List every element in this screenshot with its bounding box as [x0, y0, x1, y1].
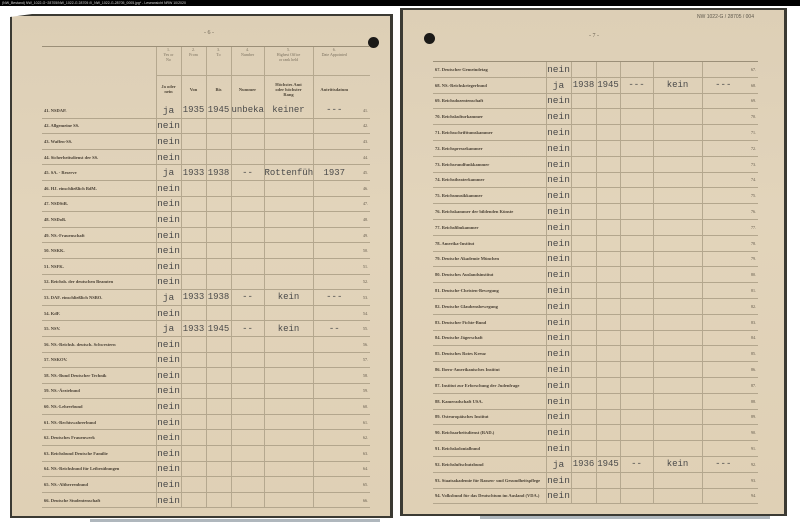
field-yn: nein — [156, 446, 181, 462]
field-from: 1933 — [181, 290, 206, 306]
field-office: kein — [653, 77, 702, 93]
organization-label: 58. NS.-Bund Deutscher Technik — [42, 368, 156, 384]
field-number — [620, 472, 653, 488]
organization-label: 48. NSDoB. — [42, 212, 156, 228]
row-number: 76. — [744, 204, 758, 220]
field-to — [596, 172, 620, 188]
field-office — [653, 188, 702, 204]
field-yn: nein — [546, 188, 571, 204]
field-from — [181, 368, 206, 384]
field-date — [702, 393, 744, 409]
table-row: 60. NS.-Lehrerbundnein60. — [42, 399, 370, 415]
organization-label: 78. Amerika-Institut — [433, 235, 546, 251]
field-number — [231, 352, 264, 368]
field-yn: nein — [156, 383, 181, 399]
field-to — [206, 118, 231, 134]
field-office — [653, 488, 702, 504]
field-date — [313, 258, 355, 274]
field-from — [181, 134, 206, 150]
row-number: 46. — [355, 180, 370, 196]
field-office — [264, 414, 313, 430]
table-row: 74. Reichstheaterkammernein74. — [433, 172, 758, 188]
field-yn: nein — [546, 409, 571, 425]
table-row: 50. NSKK.nein50. — [42, 243, 370, 259]
field-date: --- — [313, 103, 355, 118]
organization-label: 70. Reichskulturkammer — [433, 109, 546, 125]
table-row: 61. NS.-Rechtswahrerbundnein61. — [42, 414, 370, 430]
organization-label: 74. Reichstheaterkammer — [433, 172, 546, 188]
table-row: 71. Reichsschrifttumskammernein71. — [433, 125, 758, 141]
field-yn: nein — [546, 283, 571, 299]
field-date — [313, 227, 355, 243]
row-number: 57. — [355, 352, 370, 368]
field-from: 1935 — [181, 103, 206, 118]
field-to — [206, 243, 231, 259]
field-date — [702, 188, 744, 204]
field-yn: nein — [546, 109, 571, 125]
field-yn: nein — [156, 305, 181, 321]
field-to — [596, 267, 620, 283]
field-date — [702, 409, 744, 425]
membership-table-left: 1. Yes or No 2. From 3. To 4. Number 5. … — [42, 46, 370, 508]
field-office — [653, 298, 702, 314]
field-number — [620, 156, 653, 172]
page-number: - 6 - — [204, 30, 214, 36]
organization-label: 64. NS.-Reichsbund für Leibesübungen — [42, 461, 156, 477]
field-from — [571, 235, 596, 251]
table-row: 82. Deutsche Glaubensbewegungnein82. — [433, 298, 758, 314]
field-yn: nein — [546, 298, 571, 314]
field-office — [264, 118, 313, 134]
table-row: 41. NSDAP.ja19351945unbekanntkeiner---41… — [42, 103, 370, 118]
field-office — [653, 330, 702, 346]
column-header-de: Nummer — [231, 75, 264, 103]
column-header-de: Bis — [206, 75, 231, 103]
organization-label: 72. Reichspressekammer — [433, 140, 546, 156]
field-yn: nein — [546, 441, 571, 457]
organization-label: 43. Waffen-SS. — [42, 134, 156, 150]
field-to — [206, 352, 231, 368]
field-to — [206, 368, 231, 384]
field-number — [231, 368, 264, 384]
field-yn: nein — [546, 393, 571, 409]
organization-label: 51. NSFK. — [42, 258, 156, 274]
organization-label: 41. NSDAP. — [42, 103, 156, 118]
field-from — [571, 156, 596, 172]
organization-label: 65. NS.-Altherrenbund — [42, 477, 156, 493]
field-to: 1945 — [206, 321, 231, 337]
table-row: 44. Sicherheitsdienst der SS.nein44. — [42, 149, 370, 165]
field-date — [702, 330, 744, 346]
field-date — [313, 399, 355, 415]
organization-label: 45. SA. - Reserve — [42, 165, 156, 181]
field-from — [181, 461, 206, 477]
organization-label: 92. Reichsluftschutzbund — [433, 456, 546, 472]
field-date: --- — [313, 290, 355, 306]
field-to — [206, 212, 231, 228]
field-date — [313, 446, 355, 462]
field-yn: nein — [156, 336, 181, 352]
field-office — [264, 368, 313, 384]
column-header-en: 5. Highest Office or rank held — [264, 47, 313, 75]
field-date — [702, 251, 744, 267]
field-number — [620, 441, 653, 457]
field-date — [702, 62, 744, 77]
field-office — [653, 125, 702, 141]
row-number: 51. — [355, 258, 370, 274]
table-row: 48. NSDoB.nein48. — [42, 212, 370, 228]
field-yn: nein — [546, 472, 571, 488]
field-office — [653, 409, 702, 425]
field-number — [231, 492, 264, 508]
field-to — [596, 125, 620, 141]
table-row: 88. Kameradschaft USA.nein88. — [433, 393, 758, 409]
field-from — [181, 399, 206, 415]
field-to — [596, 298, 620, 314]
scan-edge-shadow — [480, 516, 770, 519]
row-number: 48. — [355, 212, 370, 228]
field-from — [571, 219, 596, 235]
row-number: 94. — [744, 488, 758, 504]
field-number — [620, 377, 653, 393]
field-from — [181, 243, 206, 259]
table-row: 80. Deutsches Auslandsinstitutnein80. — [433, 267, 758, 283]
field-from — [571, 283, 596, 299]
field-number — [620, 93, 653, 109]
field-to — [596, 62, 620, 77]
field-yn: nein — [546, 362, 571, 378]
table-row: 49. NS.-Frauenschaftnein49. — [42, 227, 370, 243]
column-header-en: 2. From — [181, 47, 206, 75]
field-office — [653, 267, 702, 283]
field-office — [653, 472, 702, 488]
field-yn: nein — [156, 352, 181, 368]
field-to — [596, 393, 620, 409]
field-number — [620, 488, 653, 504]
field-to — [206, 461, 231, 477]
field-date — [702, 172, 744, 188]
row-number: 55. — [355, 321, 370, 337]
field-yn: nein — [546, 377, 571, 393]
field-office — [264, 134, 313, 150]
field-date — [313, 383, 355, 399]
field-date — [313, 477, 355, 493]
organization-label: 42. Allgemeine SS. — [42, 118, 156, 134]
row-number: 49. — [355, 227, 370, 243]
field-number — [620, 172, 653, 188]
field-yn: ja — [156, 165, 181, 181]
field-to — [596, 188, 620, 204]
field-number: -- — [231, 321, 264, 337]
field-date — [313, 368, 355, 384]
row-number: 44. — [355, 149, 370, 165]
field-office — [264, 477, 313, 493]
organization-label: 62. Deutsches Frauenwerk — [42, 430, 156, 446]
table-row: 90. Reichsarbeitsdienst (RAD.)nein90. — [433, 425, 758, 441]
field-date — [702, 267, 744, 283]
field-date: -- — [313, 321, 355, 337]
field-office — [653, 362, 702, 378]
field-to — [596, 472, 620, 488]
organization-label: 69. Reichsdozentenschaft — [433, 93, 546, 109]
table-row: 51. NSFK.nein51. — [42, 258, 370, 274]
field-from — [571, 172, 596, 188]
field-number — [231, 180, 264, 196]
field-from — [571, 409, 596, 425]
field-from — [571, 314, 596, 330]
row-number: 88. — [744, 393, 758, 409]
field-from — [181, 258, 206, 274]
field-from — [571, 140, 596, 156]
organization-label: 76. Reichskammer der bildenden Künste — [433, 204, 546, 220]
field-from — [571, 425, 596, 441]
table-row: 81. Deutsche-Christen-Bewegungnein81. — [433, 283, 758, 299]
field-from — [571, 330, 596, 346]
field-date — [313, 305, 355, 321]
field-from — [571, 204, 596, 220]
field-office — [264, 399, 313, 415]
field-office — [653, 219, 702, 235]
field-from: 1933 — [181, 165, 206, 181]
field-from — [571, 125, 596, 141]
field-from — [571, 362, 596, 378]
row-number: 61. — [355, 414, 370, 430]
field-to — [206, 180, 231, 196]
table-row: 73. Reichsrundfunkkammernein73. — [433, 156, 758, 172]
row-number: 50. — [355, 243, 370, 259]
field-yn: nein — [546, 140, 571, 156]
row-number: 62. — [355, 430, 370, 446]
organization-label: 68. NS.-Reichskriegerbund — [433, 77, 546, 93]
field-number — [620, 314, 653, 330]
field-office — [264, 461, 313, 477]
field-yn: nein — [156, 399, 181, 415]
field-office — [264, 430, 313, 446]
field-to — [596, 283, 620, 299]
field-number — [620, 283, 653, 299]
field-number — [620, 219, 653, 235]
table-row: 59. NS.-Ärztebundnein59. — [42, 383, 370, 399]
row-number: 52. — [355, 274, 370, 290]
field-from — [181, 212, 206, 228]
row-number: 75. — [744, 188, 758, 204]
field-number — [231, 305, 264, 321]
row-number: 80. — [744, 267, 758, 283]
field-date — [702, 488, 744, 504]
scan-edge-shadow — [90, 519, 380, 522]
table-row: 92. Reichsluftschutzbundja19361945--kein… — [433, 456, 758, 472]
field-number — [620, 140, 653, 156]
row-number: 47. — [355, 196, 370, 212]
organization-label: 71. Reichsschrifttumskammer — [433, 125, 546, 141]
field-from — [571, 267, 596, 283]
field-from — [181, 383, 206, 399]
field-yn: nein — [156, 243, 181, 259]
field-to — [596, 140, 620, 156]
field-yn: nein — [546, 172, 571, 188]
field-date — [702, 298, 744, 314]
field-from — [571, 251, 596, 267]
field-number — [620, 298, 653, 314]
table-row: 87. Institut zur Erforschung der Judenfr… — [433, 377, 758, 393]
organization-label: 90. Reichsarbeitsdienst (RAD.) — [433, 425, 546, 441]
row-number: 73. — [744, 156, 758, 172]
field-office: keiner — [264, 103, 313, 118]
table-row: 42. Allgemeine SS.nein42. — [42, 118, 370, 134]
organization-label: 46. HJ. einschließlich BdM. — [42, 180, 156, 196]
field-office: Rottenführer — [264, 165, 313, 181]
field-to — [596, 235, 620, 251]
organization-label: 49. NS.-Frauenschaft — [42, 227, 156, 243]
table-row: 67. Deutscher Gemeindetagnein67. — [433, 62, 758, 77]
field-number — [620, 62, 653, 77]
organization-label: 66. Deutsche Studentenschaft — [42, 492, 156, 508]
field-date — [702, 109, 744, 125]
field-to: 1945 — [206, 103, 231, 118]
field-date — [702, 377, 744, 393]
table-row: 63. Reichsbund Deutsche Familienein63. — [42, 446, 370, 462]
row-number: 89. — [744, 409, 758, 425]
field-office — [264, 352, 313, 368]
organization-label: 63. Reichsbund Deutsche Familie — [42, 446, 156, 462]
table-row: 64. NS.-Reichsbund für Leibesübungennein… — [42, 461, 370, 477]
field-yn: nein — [156, 212, 181, 228]
table-row: 79. Deutsche Akademie Münchennein79. — [433, 251, 758, 267]
field-number — [620, 235, 653, 251]
organization-label: 56. NS.-Reichsb. deutsch. Schwestern — [42, 336, 156, 352]
table-row: 62. Deutsches Frauenwerknein62. — [42, 430, 370, 446]
field-date — [702, 314, 744, 330]
field-to — [596, 219, 620, 235]
organization-label: 50. NSKK. — [42, 243, 156, 259]
table-row: 58. NS.-Bund Deutscher Techniknein58. — [42, 368, 370, 384]
row-number: 67. — [744, 62, 758, 77]
field-yn: nein — [156, 227, 181, 243]
row-number: 56. — [355, 336, 370, 352]
field-date — [702, 362, 744, 378]
table-row: 43. Waffen-SS.nein43. — [42, 134, 370, 150]
column-header-en: 1. Yes or No — [156, 47, 181, 75]
field-office: kein — [264, 321, 313, 337]
field-to — [596, 330, 620, 346]
row-number: 87. — [744, 377, 758, 393]
organization-label: 91. Reichskolonialbund — [433, 441, 546, 457]
field-number — [231, 446, 264, 462]
field-to — [206, 227, 231, 243]
field-from: 1933 — [181, 321, 206, 337]
field-office — [653, 346, 702, 362]
field-from — [571, 377, 596, 393]
field-from — [181, 414, 206, 430]
field-office — [653, 314, 702, 330]
field-to — [206, 134, 231, 150]
field-office — [653, 204, 702, 220]
field-yn: nein — [546, 488, 571, 504]
field-office — [653, 425, 702, 441]
row-number: 66. — [355, 492, 370, 508]
field-yn: nein — [546, 62, 571, 77]
field-to — [596, 109, 620, 125]
field-to — [596, 314, 620, 330]
field-number — [231, 477, 264, 493]
field-to: 1938 — [206, 165, 231, 181]
field-yn: nein — [156, 274, 181, 290]
field-yn: nein — [546, 93, 571, 109]
field-number — [231, 243, 264, 259]
field-office — [653, 93, 702, 109]
organization-label: 86. Ibero-Amerikanisches Institut — [433, 362, 546, 378]
field-to — [596, 346, 620, 362]
organization-label: 81. Deutsche-Christen-Bewegung — [433, 283, 546, 299]
field-from — [181, 227, 206, 243]
field-from — [181, 446, 206, 462]
table-row: 46. HJ. einschließlich BdM.nein46. — [42, 180, 370, 196]
field-office: kein — [653, 456, 702, 472]
row-number: 68. — [744, 77, 758, 93]
field-office — [653, 62, 702, 77]
field-from — [571, 488, 596, 504]
field-office: kein — [264, 290, 313, 306]
field-to — [206, 149, 231, 165]
field-number — [231, 383, 264, 399]
page-number: - 7 - — [589, 33, 599, 39]
field-to — [206, 492, 231, 508]
field-to — [206, 477, 231, 493]
field-office — [653, 235, 702, 251]
table-row: 54. KdF.nein54. — [42, 305, 370, 321]
punch-hole-icon — [424, 33, 435, 44]
field-to — [596, 441, 620, 457]
field-from — [571, 188, 596, 204]
archive-reference: NW 1022-G / 28705 / 004 — [697, 14, 754, 20]
table-row: 47. NSDStB.nein47. — [42, 196, 370, 212]
field-to: 1945 — [596, 456, 620, 472]
field-number — [231, 336, 264, 352]
field-office — [653, 251, 702, 267]
field-date — [313, 430, 355, 446]
row-number: 72. — [744, 140, 758, 156]
field-office — [653, 172, 702, 188]
field-office — [264, 243, 313, 259]
field-office — [653, 377, 702, 393]
table-row: 66. Deutsche Studentenschaftnein66. — [42, 492, 370, 508]
organization-label: 94. Volksbund für das Deutschtum im Ausl… — [433, 488, 546, 504]
field-date — [702, 93, 744, 109]
field-yn: ja — [156, 103, 181, 118]
field-yn: nein — [156, 149, 181, 165]
field-number — [231, 134, 264, 150]
field-to — [596, 377, 620, 393]
field-office — [264, 149, 313, 165]
row-number: 79. — [744, 251, 758, 267]
row-number: 92. — [744, 456, 758, 472]
table-row: 56. NS.-Reichsb. deutsch. Schwesternnein… — [42, 336, 370, 352]
field-to — [596, 362, 620, 378]
field-date — [313, 196, 355, 212]
field-number — [231, 399, 264, 415]
organization-label: 53. DAF. einschließlich NSBO. — [42, 290, 156, 306]
table-row: 91. Reichskolonialbundnein91. — [433, 441, 758, 457]
table-row: 89. Osteuropäisches Institutnein89. — [433, 409, 758, 425]
field-date — [702, 235, 744, 251]
column-header-en: 4. Number — [231, 47, 264, 75]
field-office — [653, 156, 702, 172]
field-from — [571, 346, 596, 362]
organization-label: 88. Kameradschaft USA. — [433, 393, 546, 409]
field-from — [181, 477, 206, 493]
row-number: 54. — [355, 305, 370, 321]
field-yn: ja — [156, 321, 181, 337]
